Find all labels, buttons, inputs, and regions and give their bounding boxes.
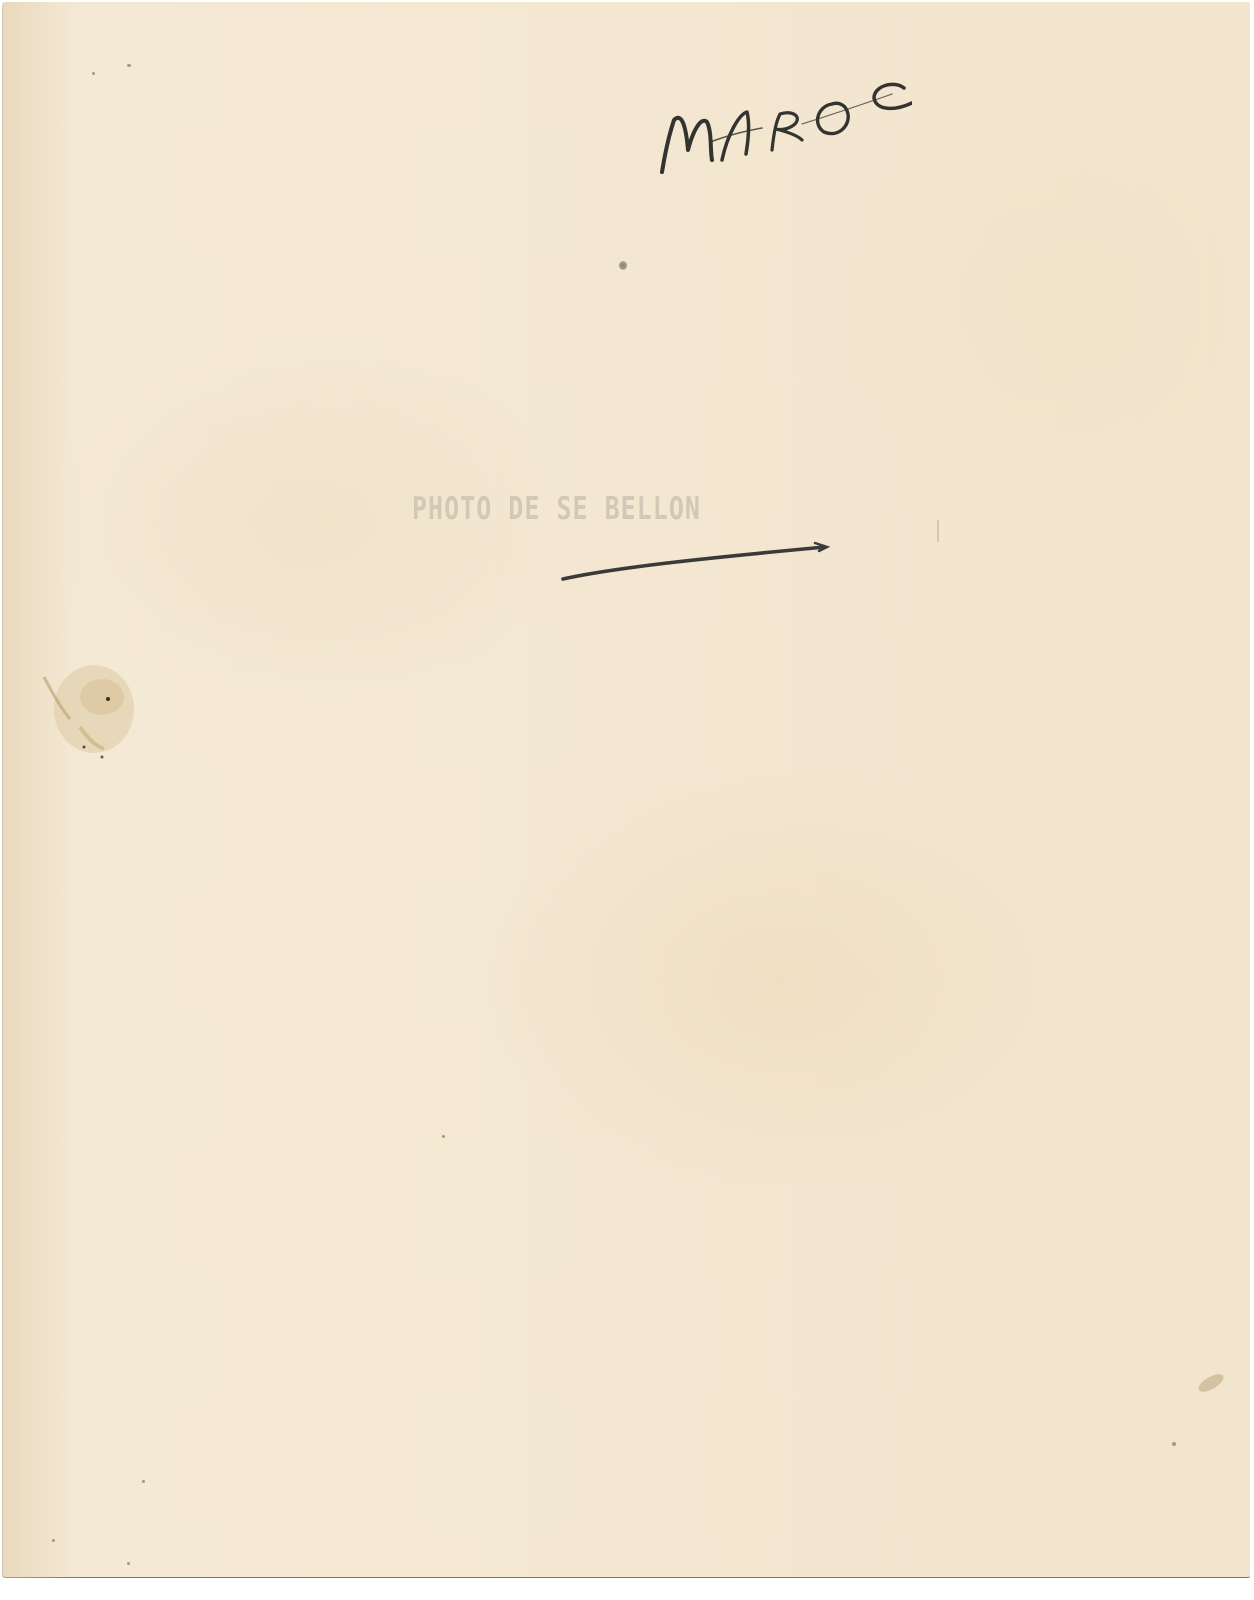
left-edge-shading <box>2 2 82 1578</box>
speck <box>142 1480 145 1483</box>
photographer-stamp: PHOTO DE SE BELLON <box>412 490 701 526</box>
speck <box>442 1135 445 1138</box>
faint-mark <box>937 520 939 542</box>
pencil-underline <box>557 537 832 587</box>
speck <box>127 64 131 67</box>
corner-smudge <box>1196 1371 1226 1395</box>
speck <box>1172 1442 1176 1446</box>
speck <box>92 72 95 75</box>
handwriting-maroc-icon <box>652 32 912 192</box>
photo-back-paper: MAROC PHO <box>2 2 1250 1578</box>
handwritten-label: MAROC <box>652 32 912 192</box>
scan-page: MAROC PHO <box>0 0 1254 1600</box>
stain-icon <box>32 657 142 762</box>
pencil-stroke-icon <box>557 537 832 587</box>
ink-dot <box>619 261 627 270</box>
foxing-stain <box>32 657 142 762</box>
speck <box>52 1539 55 1542</box>
speck <box>127 1562 130 1565</box>
